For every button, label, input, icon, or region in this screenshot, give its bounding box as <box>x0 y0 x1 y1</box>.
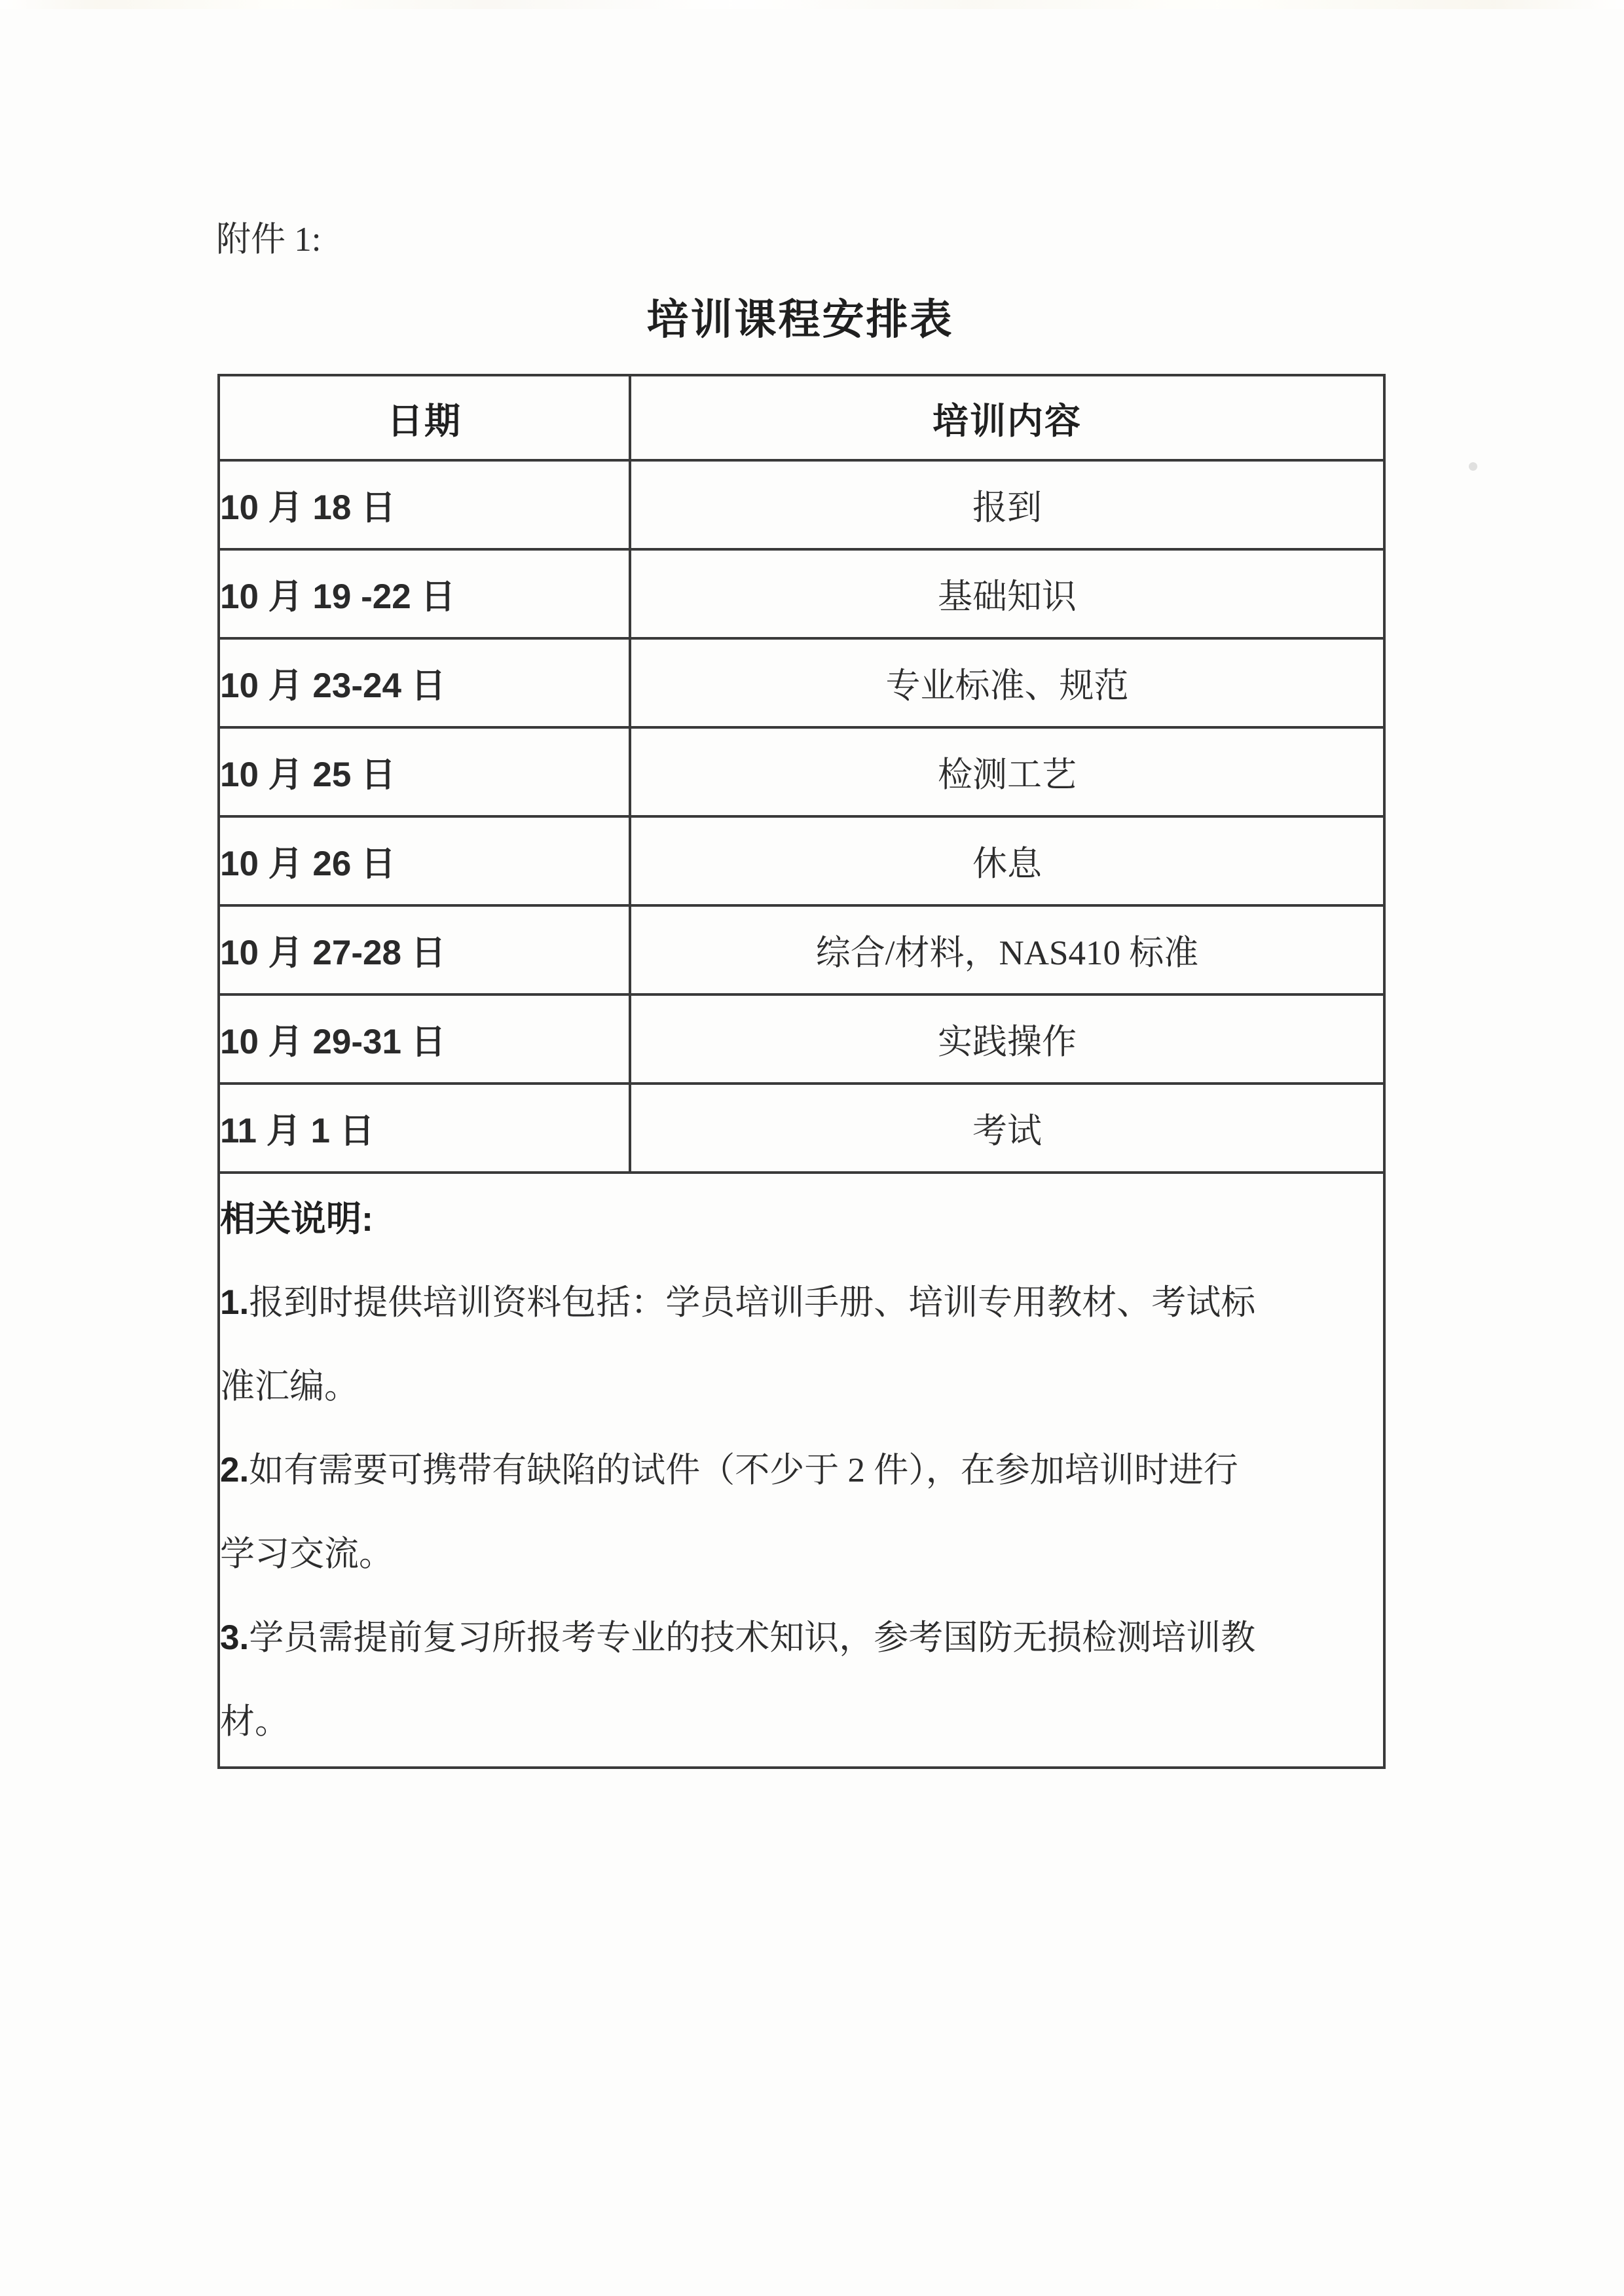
header-row: 日期 培训内容 <box>219 375 1384 460</box>
scan-artifact-strip <box>0 0 1624 9</box>
table-row: 10 月 29-31 日实践操作 <box>219 994 1384 1084</box>
note-line: 1.报到时提供培训资料包括：学员培训手册、培训专用教材、考试标 <box>220 1261 1383 1345</box>
content-cell: 休息 <box>630 816 1384 905</box>
content-cell: 实践操作 <box>630 994 1384 1084</box>
note-line: 学习交流。 <box>220 1512 1383 1596</box>
table-row: 10 月 26 日休息 <box>219 816 1384 905</box>
note-text: 如有需要可携带有缺陷的试件（不少于 2 件），在参加培训时进行 <box>249 1451 1238 1489</box>
note-text: 准汇编。 <box>220 1368 359 1406</box>
content-cell: 报到 <box>630 460 1384 549</box>
schedule-table: 日期 培训内容 10 月 18 日报到10 月 19 -22 日基础知识10 月… <box>217 374 1386 1769</box>
date-cell: 10 月 29-31 日 <box>219 994 630 1084</box>
note-line: 3.学员需提前复习所报考专业的技术知识，参考国防无损检测培训教 <box>220 1596 1383 1680</box>
column-header-date: 日期 <box>219 375 630 460</box>
table-row: 10 月 19 -22 日基础知识 <box>219 549 1384 638</box>
note-line: 2.如有需要可携带有缺陷的试件（不少于 2 件），在参加培训时进行 <box>220 1429 1383 1512</box>
date-cell: 10 月 19 -22 日 <box>219 549 630 638</box>
table-row: 10 月 25 日检测工艺 <box>219 727 1384 816</box>
content-cell: 基础知识 <box>630 549 1384 638</box>
scan-artifact-dot <box>1469 462 1477 471</box>
notes-cell: 相关说明:1.报到时提供培训资料包括：学员培训手册、培训专用教材、考试标准汇编。… <box>219 1173 1384 1768</box>
date-cell: 10 月 25 日 <box>219 727 630 816</box>
content-cell: 检测工艺 <box>630 727 1384 816</box>
page-title: 培训课程安排表 <box>217 289 1383 350</box>
date-cell: 10 月 18 日 <box>219 460 630 549</box>
note-text: 报到时提供培训资料包括：学员培训手册、培训专用教材、考试标 <box>249 1284 1255 1322</box>
note-line: 准汇编。 <box>220 1345 1383 1429</box>
table-row: 10 月 27-28 日综合/材料，NAS410 标准 <box>219 905 1384 994</box>
date-cell: 10 月 27-28 日 <box>219 905 630 994</box>
note-text: 材。 <box>220 1703 289 1741</box>
notes-heading: 相关说明: <box>220 1177 1383 1261</box>
note-number: 2. <box>220 1451 249 1489</box>
table-row: 10 月 18 日报到 <box>219 460 1384 549</box>
note-line: 材。 <box>220 1680 1383 1764</box>
content-cell: 考试 <box>630 1084 1384 1173</box>
note-number: 3. <box>220 1618 249 1657</box>
table-row: 10 月 23-24 日专业标准、规范 <box>219 638 1384 727</box>
document-page: 附件 1: 培训课程安排表 日期 培训内容 10 月 18 日报到10 月 19… <box>0 0 1624 2296</box>
date-cell: 10 月 26 日 <box>219 816 630 905</box>
note-text: 学员需提前复习所报考专业的技术知识，参考国防无损检测培训教 <box>249 1619 1255 1657</box>
column-header-content: 培训内容 <box>630 375 1384 460</box>
notes-row: 相关说明:1.报到时提供培训资料包括：学员培训手册、培训专用教材、考试标准汇编。… <box>219 1173 1384 1768</box>
content-cell: 专业标准、规范 <box>630 638 1384 727</box>
date-cell: 11 月 1 日 <box>219 1084 630 1173</box>
content-cell: 综合/材料，NAS410 标准 <box>630 905 1384 994</box>
table-row: 11 月 1 日考试 <box>219 1084 1384 1173</box>
note-number: 1. <box>220 1283 249 1322</box>
date-cell: 10 月 23-24 日 <box>219 638 630 727</box>
note-text: 学习交流。 <box>220 1535 394 1573</box>
attachment-label: 附件 1: <box>216 213 321 266</box>
